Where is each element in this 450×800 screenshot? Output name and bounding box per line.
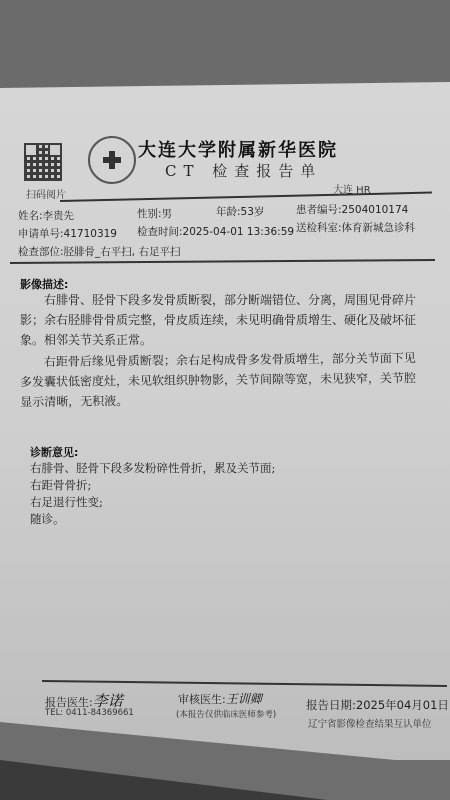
diagnosis-title: 诊断意见:	[30, 444, 78, 460]
diagnosis-line: 右足退行性变;	[30, 494, 275, 511]
diagnosis-line: 右腓骨、胫骨下段多发粉碎性骨折，累及关节面;	[30, 460, 275, 477]
exam-time-label: 检查时间:	[137, 226, 183, 238]
diagnosis-list: 右腓骨、胫骨下段多发粉碎性骨折，累及关节面; 右距骨骨折; 右足退行性变; 随诊…	[30, 460, 275, 528]
background-top	[0, 0, 450, 90]
findings-paragraph-2: 右距骨后缘见骨质断裂；余右足构成骨多发骨质增生，部分关节面下见多发囊状低密度灶，…	[20, 348, 426, 412]
exam-time-value: 2025-04-01 13:36:59	[183, 226, 295, 238]
dept-field: 送检科室:体育新城急诊科	[296, 220, 415, 235]
findings-paragraph-1: 右腓骨、胫骨下段多发骨质断裂，部分断端错位、分离，周围见骨碎片影；余右胫腓骨骨质…	[20, 290, 425, 350]
disclaimer: (本报告仅供临床医师参考)	[176, 708, 276, 720]
patient-id-label: 患者编号:	[296, 204, 342, 216]
qr-code[interactable]	[24, 143, 62, 181]
request-no-label: 申请单号:	[18, 228, 64, 240]
exam-part-field: 检查部位:胫腓骨_右平扫, 右足平扫	[18, 244, 180, 259]
hospital-logo	[88, 136, 136, 184]
patient-id-field: 患者编号:2504010174	[296, 202, 408, 217]
exam-part-value: 胫腓骨_右平扫, 右足平扫	[64, 246, 181, 258]
name-label: 姓名:	[18, 210, 43, 222]
gender-field: 性别:男	[137, 206, 172, 221]
age-value: 53岁	[241, 206, 265, 218]
report-date-label: 报告日期:	[306, 698, 356, 712]
report-paper	[0, 82, 450, 760]
age-field: 年龄:53岁	[216, 204, 264, 219]
reviewer-signature: 王训卿	[226, 692, 262, 706]
diagnosis-line: 右距骨骨折;	[30, 477, 275, 494]
gender-value: 男	[162, 208, 173, 220]
request-no-value: 41710319	[64, 228, 117, 240]
diagnosis-line: 随诊。	[30, 511, 275, 528]
gender-label: 性别:	[137, 208, 162, 220]
age-label: 年龄:	[216, 206, 241, 218]
exam-time-field: 检查时间:2025-04-01 13:36:59	[137, 224, 294, 239]
reviewer-label: 审核医生:	[178, 693, 226, 706]
medical-cross-icon	[103, 151, 121, 169]
patient-id-value: 2504010174	[342, 204, 409, 216]
tel-number: TEL: 0411-84369661	[45, 708, 134, 718]
report-date-field: 报告日期:2025年04月01日	[306, 697, 449, 713]
name-value: 李贵先	[43, 210, 75, 222]
report-date-value: 2025年04月01日	[356, 698, 449, 712]
report-title: CT 检查报告单	[165, 160, 322, 181]
qr-label: 扫码阅片	[26, 186, 66, 201]
request-no-field: 申请单号:41710319	[18, 226, 117, 241]
dept-value: 体育新城急诊科	[342, 222, 416, 234]
name-field: 姓名:李贵先	[18, 208, 74, 223]
mutual-recognition: 辽宁省影像检查结果互认单位	[308, 716, 432, 730]
reviewer-field: 审核医生:王训卿	[178, 690, 262, 707]
dept-label: 送检科室:	[296, 222, 342, 234]
hospital-name: 大连大学附属新华医院	[138, 136, 338, 162]
exam-part-label: 检查部位:	[18, 246, 64, 258]
